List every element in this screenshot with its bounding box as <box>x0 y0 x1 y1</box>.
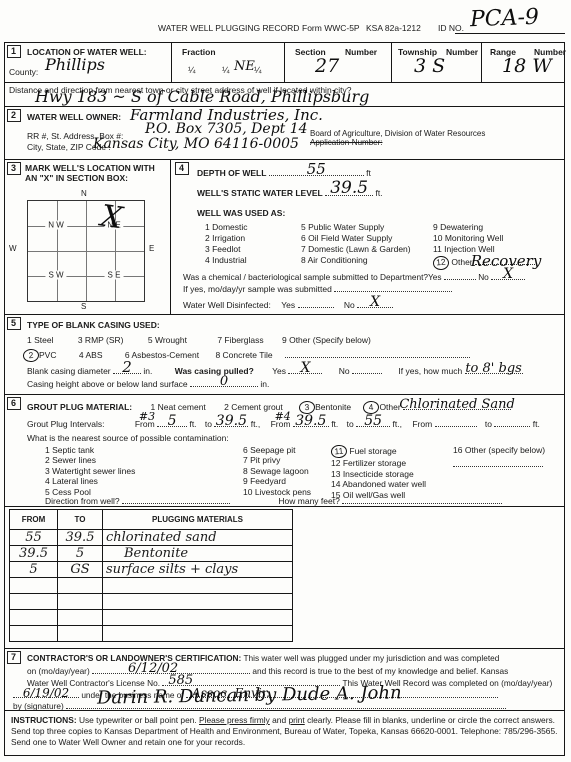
section-3-map: 3 MARK WELL'S LOCATION WITH AN "X" IN SE… <box>5 160 171 314</box>
cert-text1: This water well was plugged under my jur… <box>243 653 499 663</box>
signature-label: by (signature) <box>13 701 64 711</box>
height-entry: 0 <box>190 377 258 387</box>
plugging-table-area: FROM TO PLUGGING MATERIALS 55 39.5 chlor… <box>5 507 564 649</box>
grid-line <box>28 251 144 252</box>
completed-date-entry: 6/19/02 <box>13 688 79 698</box>
pulled-no-label: No <box>339 366 350 376</box>
from3-label: From <box>412 419 432 429</box>
depth-entry: 55 <box>269 166 364 176</box>
ft-label: ft. <box>189 419 196 429</box>
diameter-unit: in. <box>143 366 152 376</box>
cell-from <box>10 626 58 642</box>
use-option: 1 Domestic <box>205 222 248 233</box>
contamination-col2: 6 Seepage pit 7 Pit privy 8 Sewage lagoo… <box>243 445 311 497</box>
form-body: 1 LOCATION OF WATER WELL: County: Philli… <box>4 42 565 756</box>
sample-no-label: No <box>478 272 489 282</box>
section-number-cell: Section Number 27 <box>285 43 392 82</box>
section-1-number: 1 <box>7 45 21 58</box>
table-row <box>10 610 293 626</box>
to1-entry: 39.5 <box>214 417 248 427</box>
section-number-label: Number <box>345 47 377 57</box>
casing-option: 3 RMP (SR) <box>78 335 124 345</box>
city-value: Kansas City, MO 64116-0005 <box>93 136 299 152</box>
height-label: Casing height above or below land surfac… <box>27 379 188 389</box>
ft-comma: ft., <box>251 419 260 429</box>
contamination-option: 4 Lateral lines <box>45 476 135 486</box>
direction-label: Direction from well? <box>45 496 120 506</box>
contamination-option: 16 Other (specify below) <box>453 445 545 455</box>
instructions-label: INSTRUCTIONS: <box>11 715 77 725</box>
grout-other-entry: Chlorinated Sand <box>403 400 511 410</box>
cell-from <box>10 610 58 626</box>
static-line: WELL'S STATIC WATER LEVEL 39.5 ft. <box>197 186 383 198</box>
diameter-label: Blank casing diameter <box>27 366 111 376</box>
sample-yes-entry <box>444 270 476 280</box>
fraction-label: Fraction <box>182 47 216 57</box>
uses-col2: 5 Public Water Supply 6 Oil Field Water … <box>301 222 411 266</box>
contamination-option: 3 Watertight sewer lines <box>45 466 135 476</box>
cell-from: 39.5 <box>10 546 58 562</box>
circled-option-11: 11 <box>330 444 347 459</box>
section-5-casing: 5 TYPE OF BLANK CASING USED: 1 Steel 3 R… <box>5 315 564 395</box>
from1-value: 5 <box>168 413 177 429</box>
to1-value: 39.5 <box>216 413 247 429</box>
ksa-number: KSA 82a-1212 <box>366 23 421 33</box>
fraction-value: NE <box>234 59 255 74</box>
form-title: WATER WELL PLUGGING RECORD <box>158 23 299 33</box>
sample-date-label: If yes, mo/day/yr sample was submitted <box>183 284 332 294</box>
cell-material <box>103 578 293 594</box>
grout-title: GROUT PLUG MATERIAL: <box>27 402 132 412</box>
county-label: County: <box>9 67 38 77</box>
casing-option: 8 Concrete Tile <box>215 350 272 360</box>
casing-option: 6 Asbestos-Cement <box>125 350 199 360</box>
interval2-annotation: #4 <box>275 410 291 423</box>
section-2-number: 2 <box>7 109 21 122</box>
contamination-col4: 16 Other (specify below) <box>453 445 545 469</box>
other-label: Other <box>451 257 472 267</box>
static-unit: ft. <box>376 188 383 198</box>
use-option-other: 12 Other Recovery <box>433 255 537 270</box>
grout-option-bentonite: Bentonite <box>315 402 351 412</box>
ft-comma: ft., <box>393 419 402 429</box>
contamination-option: 2 Sewer lines <box>45 455 135 465</box>
cell-from: 55 <box>10 530 58 546</box>
height-value: 0 <box>220 374 228 389</box>
casing-option: 1 Steel <box>27 335 53 345</box>
cell-to: 5 <box>58 546 103 562</box>
sample-no-entry: X <box>491 270 525 280</box>
table-header-row: FROM TO PLUGGING MATERIALS <box>10 510 293 530</box>
cell-material: chlorinated sand <box>103 530 293 546</box>
casing-option: 4 ABS <box>79 350 103 360</box>
static-value: 39.5 <box>330 178 368 198</box>
board-label: Board of Agriculture, Division of Water … <box>310 129 485 138</box>
to1-label: to <box>205 419 212 429</box>
from3-entry <box>435 417 477 427</box>
compass-w: W <box>9 244 17 253</box>
ft-label: ft. <box>331 419 338 429</box>
mark-title-line1: MARK WELL'S LOCATION WITH <box>25 163 155 173</box>
county-value: Phillips <box>45 55 105 74</box>
to3-entry <box>494 417 530 427</box>
section-4-well-info: 4 DEPTH OF WELL 55 ft WELL'S STATIC WATE… <box>171 160 564 314</box>
depth-line: DEPTH OF WELL 55 ft <box>197 166 371 178</box>
instructions-underline2: print <box>288 715 304 725</box>
disinfected-yes-label: Yes <box>281 300 295 310</box>
section-1-location: 1 LOCATION OF WATER WELL: County: Philli… <box>5 43 564 107</box>
use-option: 6 Oil Field Water Supply <box>301 233 411 244</box>
instructions-text1: Use typewriter or ball point pen. <box>79 715 197 725</box>
section-4-number: 4 <box>175 162 189 175</box>
section-box-grid <box>27 200 145 302</box>
cell-material: Bentonite <box>103 546 293 562</box>
grout-other-value: Chlorinated Sand <box>399 397 515 412</box>
contamination-option: 7 Pit privy <box>243 455 311 465</box>
id-value: PCA-9 <box>470 5 540 32</box>
township-cell: Township Number 3 S <box>392 43 482 82</box>
from2-entry: 39.5 <box>293 417 329 427</box>
cell-to <box>58 578 103 594</box>
height-unit: in. <box>260 379 269 389</box>
use-option: 2 Irrigation <box>205 233 248 244</box>
disinfected-no-value: X <box>370 294 380 310</box>
owner-title: WATER WELL OWNER: <box>27 112 121 122</box>
cell-to: 39.5 <box>58 530 103 546</box>
casing-row3: Blank casing diameter 2 in. Was casing p… <box>27 364 523 376</box>
sample-date-line: If yes, mo/day/yr sample was submitted <box>183 282 452 294</box>
casing-option: 5 Wrought <box>148 335 187 345</box>
use-option: 8 Air Conditioning <box>301 255 411 266</box>
disinfected-line: Water Well Disinfected: Yes No X <box>183 298 393 310</box>
cell-from: 5 <box>10 562 58 578</box>
table-row <box>10 578 293 594</box>
casing-other-entry <box>285 348 470 358</box>
cell-material <box>103 626 293 642</box>
form-code: Form WWC-5P <box>302 23 360 33</box>
interval1-annotation: #3 <box>139 410 155 423</box>
grout-option: 1 Neat cement <box>151 402 206 412</box>
fraction-q2: ¼ <box>222 65 230 75</box>
disinfected-yes-entry <box>298 298 334 308</box>
use-option: 7 Domestic (Lawn & Garden) <box>301 244 411 255</box>
table-row: 39.5 5 Bentonite <box>10 546 293 562</box>
casing-title: TYPE OF BLANK CASING USED: <box>27 320 160 330</box>
from1-label: From#3 <box>135 419 155 429</box>
sample-date-entry <box>334 282 452 292</box>
col-materials: PLUGGING MATERIALS <box>103 510 293 530</box>
cell-from <box>10 594 58 610</box>
quad-se: S E <box>105 271 124 280</box>
contamination-label: What is the nearest source of possible c… <box>27 433 229 443</box>
contamination-option: 8 Sewage lagoon <box>243 466 311 476</box>
depth-unit: ft <box>366 168 371 178</box>
pulled-label: Was casing pulled? <box>175 366 254 376</box>
intervals-line: Grout Plug Intervals: From#3 5 ft. to 39… <box>27 417 540 429</box>
to2-value: 55 <box>364 413 382 429</box>
diameter-value: 2 <box>122 358 132 376</box>
sample-line: Was a chemical / bacteriological sample … <box>183 270 525 282</box>
section-value: 27 <box>315 55 339 77</box>
disinfected-no-label: No <box>344 300 355 310</box>
id-underline <box>455 33 565 34</box>
grout-line: GROUT PLUG MATERIAL: 1 Neat cement 2 Cem… <box>27 400 511 414</box>
contamination-other-entry <box>453 457 543 467</box>
use-option: 10 Monitoring Well <box>433 233 537 244</box>
id-label: ID NO. <box>438 23 464 33</box>
section-5-number: 5 <box>7 317 21 330</box>
instructions-text2: and <box>272 715 286 725</box>
use-option: 5 Public Water Supply <box>301 222 411 233</box>
circled-option-2: 2 <box>22 348 39 362</box>
diameter-entry: 2 <box>113 364 141 374</box>
instructions-underline1: Please press firmly <box>199 715 270 725</box>
contamination-option: 6 Seepage pit <box>243 445 311 455</box>
cell-material <box>103 594 293 610</box>
distance-row: Distance and direction from nearest town… <box>5 83 564 107</box>
section-7-number: 7 <box>7 651 21 664</box>
section-6-number: 6 <box>7 397 21 410</box>
howmuch-entry: to 8' bgs <box>465 364 523 374</box>
contamination-option: 9 Feedyard <box>243 476 311 486</box>
compass-n: N <box>81 189 87 198</box>
mark-title-line2: AN "X" IN SECTION BOX: <box>25 173 128 183</box>
distance-value: Hwy 183 ~ S of Cable Road, Phillipsburg <box>35 87 369 106</box>
static-label: WELL'S STATIC WATER LEVEL <box>197 188 323 198</box>
application-number-label: Application-Number: <box>310 138 382 147</box>
contamination-option: 12 Fertilizer storage <box>331 458 426 468</box>
fraction-q1: ¼ <box>188 65 196 75</box>
completed-date-value: 6/19/02 <box>23 686 69 700</box>
other-entry: Recovery <box>475 255 537 265</box>
quad-sw: S W <box>45 271 66 280</box>
quad-nw: N W <box>45 221 67 230</box>
county-cell: 1 LOCATION OF WATER WELL: County: Philli… <box>5 43 172 82</box>
pulled-yes-label: Yes <box>272 366 286 376</box>
township-number-label: Number <box>446 47 478 57</box>
feet-label: How many feet? <box>278 496 339 506</box>
contamination-option: 1 Septic tank <box>45 445 135 455</box>
depth-value: 55 <box>307 160 326 178</box>
use-option: 9 Dewatering <box>433 222 537 233</box>
contamination-col1: 1 Septic tank 2 Sewer lines 3 Watertight… <box>45 445 135 497</box>
range-value: 18 W <box>502 55 552 77</box>
cell-to <box>58 610 103 626</box>
howmuch-value: to 8' bgs <box>465 361 521 376</box>
disinfected-label: Water Well Disinfected: <box>183 300 271 310</box>
howmuch-label: If yes, how much <box>398 366 462 376</box>
to2-entry: 55 <box>356 417 390 427</box>
uses-col3: 9 Dewatering 10 Monitoring Well 11 Injec… <box>433 222 537 270</box>
depth-label: DEPTH OF WELL <box>197 168 266 178</box>
use-option: 3 Feedlot <box>205 244 248 255</box>
direction-entry <box>122 494 230 504</box>
casing-row4: Casing height above or below land surfac… <box>27 377 269 389</box>
table-row <box>10 594 293 610</box>
fuel-label: Fuel storage <box>349 446 396 456</box>
casing-option: 7 Fiberglass <box>217 335 263 345</box>
static-entry: 39.5 <box>325 186 373 196</box>
range-cell: Range Number 18 W <box>482 43 564 82</box>
cert-text2: and this record is true to the best of m… <box>252 666 508 676</box>
fraction-q3: ¼ <box>254 65 262 75</box>
ft-label: ft. <box>533 419 540 429</box>
scanned-form-page: WATER WELL PLUGGING RECORD Form WWC-5P K… <box>0 0 571 762</box>
address-value: P.O. Box 7305, Dept 14 <box>145 121 308 137</box>
township-value: 3 S <box>414 55 445 77</box>
from2-value: 39.5 <box>295 413 326 429</box>
contamination-option: 14 Abandoned water well <box>331 479 426 489</box>
table-row <box>10 626 293 642</box>
casing-option: 9 Other (Specify below) <box>282 335 371 345</box>
pulled-yes-entry: X <box>288 364 322 374</box>
disinfected-no-entry: X <box>357 298 393 308</box>
cell-to <box>58 626 103 642</box>
to2-label: to <box>347 419 354 429</box>
cell-to <box>58 594 103 610</box>
section-3-number: 3 <box>7 162 21 175</box>
section-7-certification: 7 CONTRACTOR'S OR LANDOWNER'S CERTIFICAT… <box>5 649 564 711</box>
used-as-label: WELL WAS USED AS: <box>197 208 285 218</box>
pulled-yes-value: X <box>300 360 310 376</box>
circled-option-12: 12 <box>432 255 449 270</box>
sample-no-value: X <box>503 266 513 282</box>
feet-entry <box>342 494 502 504</box>
uses-col1: 1 Domestic 2 Irrigation 3 Feedlot 4 Indu… <box>205 222 248 266</box>
cert-line2: on (mo/day/year) 6/12/02 and this record… <box>27 664 508 676</box>
section-6-grout: 6 GROUT PLUG MATERIAL: 1 Neat cement 2 C… <box>5 395 564 507</box>
section-2-owner: 2 WATER WELL OWNER: RR #, St. Address, B… <box>5 107 564 160</box>
table-row: 5 GS surface silts + clays <box>10 562 293 578</box>
fraction-cell: Fraction ¼ ¼ NE ¼ <box>172 43 285 82</box>
contamination-col3: 11 Fuel storage 12 Fertilizer storage 13… <box>331 445 426 500</box>
direction-line: Direction from well? How many feet? <box>45 494 502 506</box>
contamination-option-fuel: 11 Fuel storage <box>331 445 426 458</box>
compass-s: S <box>81 302 86 311</box>
col-from: FROM <box>10 510 58 530</box>
cell-material: surface silts + clays <box>103 562 293 578</box>
col-to: TO <box>58 510 103 530</box>
use-option: 4 Industrial <box>205 255 248 266</box>
on-date-label: on (mo/day/year) <box>27 666 90 676</box>
grout-option-other: Other <box>379 402 400 412</box>
casing-row2: 2PVC 4 ABS 6 Asbestos-Cement 8 Concrete … <box>23 348 470 362</box>
plugging-table: FROM TO PLUGGING MATERIALS 55 39.5 chlor… <box>9 509 293 642</box>
contamination-option: 13 Insecticide storage <box>331 469 426 479</box>
table-row: 55 39.5 chlorinated sand <box>10 530 293 546</box>
cert-line1: CONTRACTOR'S OR LANDOWNER'S CERTIFICATIO… <box>27 653 499 663</box>
compass-e: E <box>149 244 154 253</box>
casing-row1: 1 Steel 3 RMP (SR) 5 Wrought 7 Fiberglas… <box>27 335 371 345</box>
cell-material <box>103 610 293 626</box>
from2-label: From#4 <box>271 419 291 429</box>
from1-entry: 5 <box>157 417 187 427</box>
sample-question: Was a chemical / bacteriological sample … <box>183 272 442 282</box>
pulled-no-entry <box>352 364 382 374</box>
casing-option-pvc: PVC <box>39 350 56 360</box>
intervals-label: Grout Plug Intervals: <box>27 419 104 429</box>
to3-label: to <box>485 419 492 429</box>
cell-to: GS <box>58 562 103 578</box>
instructions-box: INSTRUCTIONS: Use typewriter or ball poi… <box>5 711 564 755</box>
section-3-4: 3 MARK WELL'S LOCATION WITH AN "X" IN SE… <box>5 160 564 315</box>
cell-from <box>10 578 58 594</box>
